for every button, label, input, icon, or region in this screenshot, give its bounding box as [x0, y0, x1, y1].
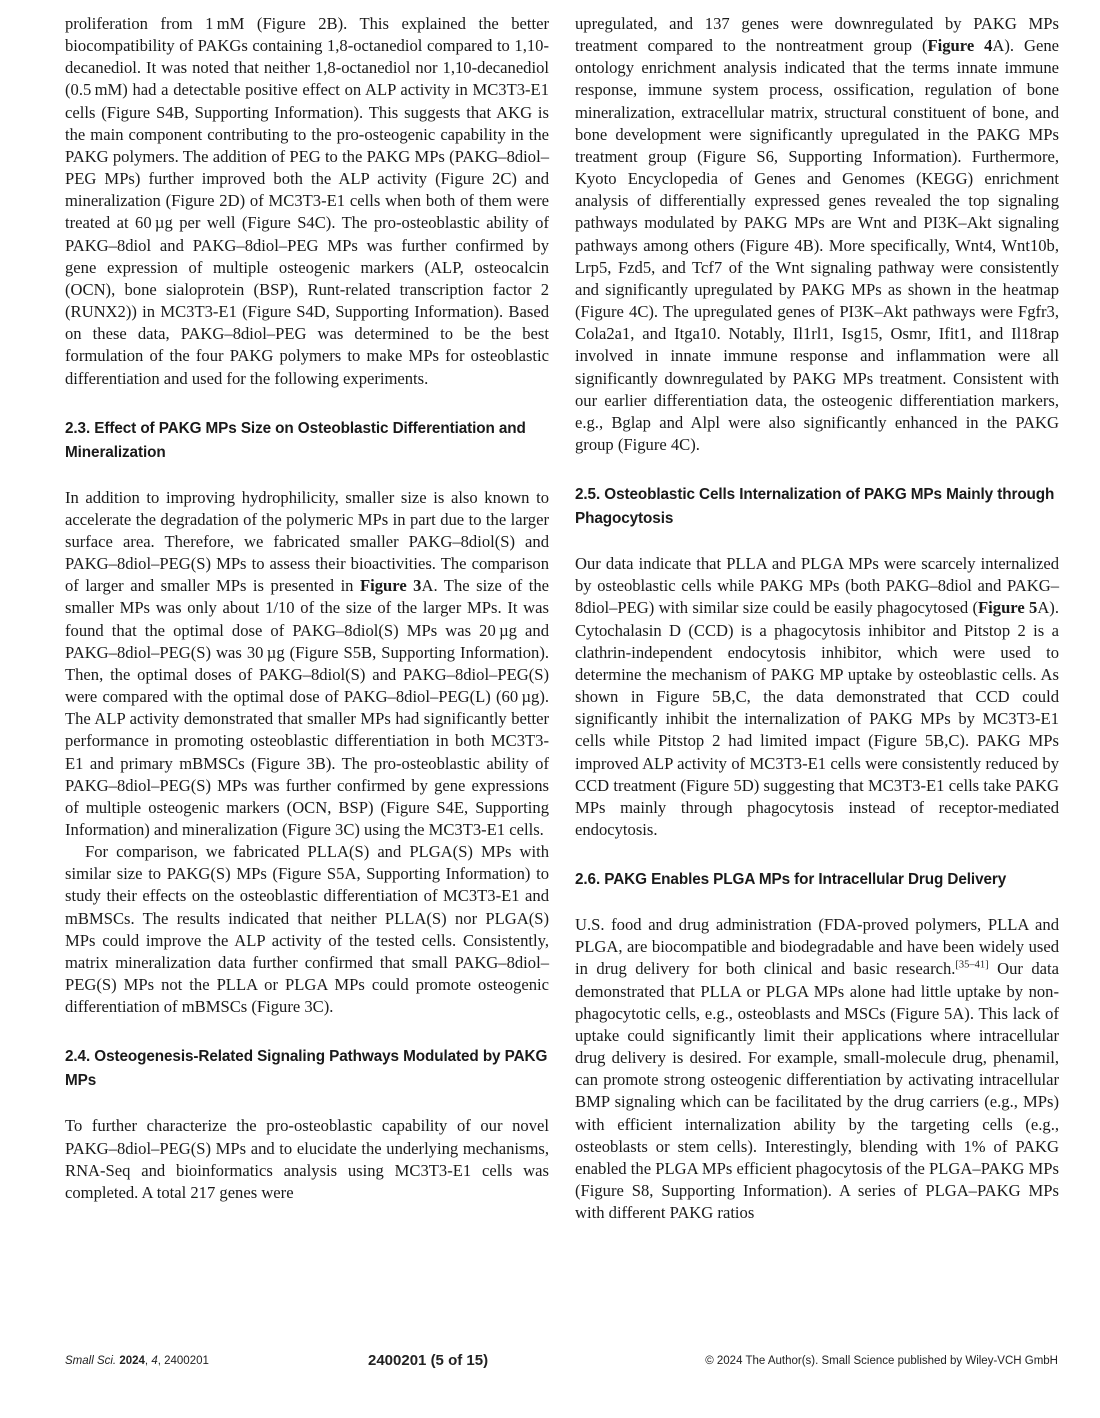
body-paragraph: proliferation from 1 mM (Figure 2B). Thi… [65, 13, 549, 390]
body-paragraph: Our data indicate that PLLA and PLGA MPs… [575, 553, 1059, 841]
section-heading-2-5: 2.5. Osteoblastic Cells Internalization … [575, 483, 1059, 531]
page-footer: Small Sci. 2024, 4, 2400201 2400201 (5 o… [65, 1354, 1058, 1372]
figure-reference[interactable]: Figure 5 [978, 598, 1037, 617]
section-heading-2-4: 2.4. Osteogenesis-Related Signaling Path… [65, 1045, 549, 1093]
section-heading-2-6: 2.6. PAKG Enables PLGA MPs for Intracell… [575, 868, 1059, 892]
section-heading-2-3: 2.3. Effect of PAKG MPs Size on Osteobla… [65, 417, 549, 465]
figure-reference[interactable]: Figure 4 [928, 36, 993, 55]
body-paragraph: To further characterize the pro-osteobla… [65, 1115, 549, 1204]
journal-citation: Small Sci. 2024, 4, 2400201 [65, 1355, 209, 1367]
body-paragraph: In addition to improving hydrophilicity,… [65, 487, 549, 842]
body-paragraph: U.S. food and drug administration (FDA-p… [575, 914, 1059, 1224]
right-column: upregulated, and 137 genes were downregu… [575, 13, 1059, 1224]
copyright-notice: © 2024 The Author(s). Small Science publ… [705, 1355, 1058, 1367]
figure-reference[interactable]: Figure 3 [360, 576, 422, 595]
body-paragraph: For comparison, we fabricated PLLA(S) an… [65, 841, 549, 1018]
body-paragraph: upregulated, and 137 genes were downregu… [575, 13, 1059, 456]
citation-reference[interactable]: [35–41] [955, 960, 988, 971]
page-number: 2400201 (5 of 15) [368, 1352, 488, 1369]
left-column: proliferation from 1 mM (Figure 2B). Thi… [65, 13, 549, 1204]
